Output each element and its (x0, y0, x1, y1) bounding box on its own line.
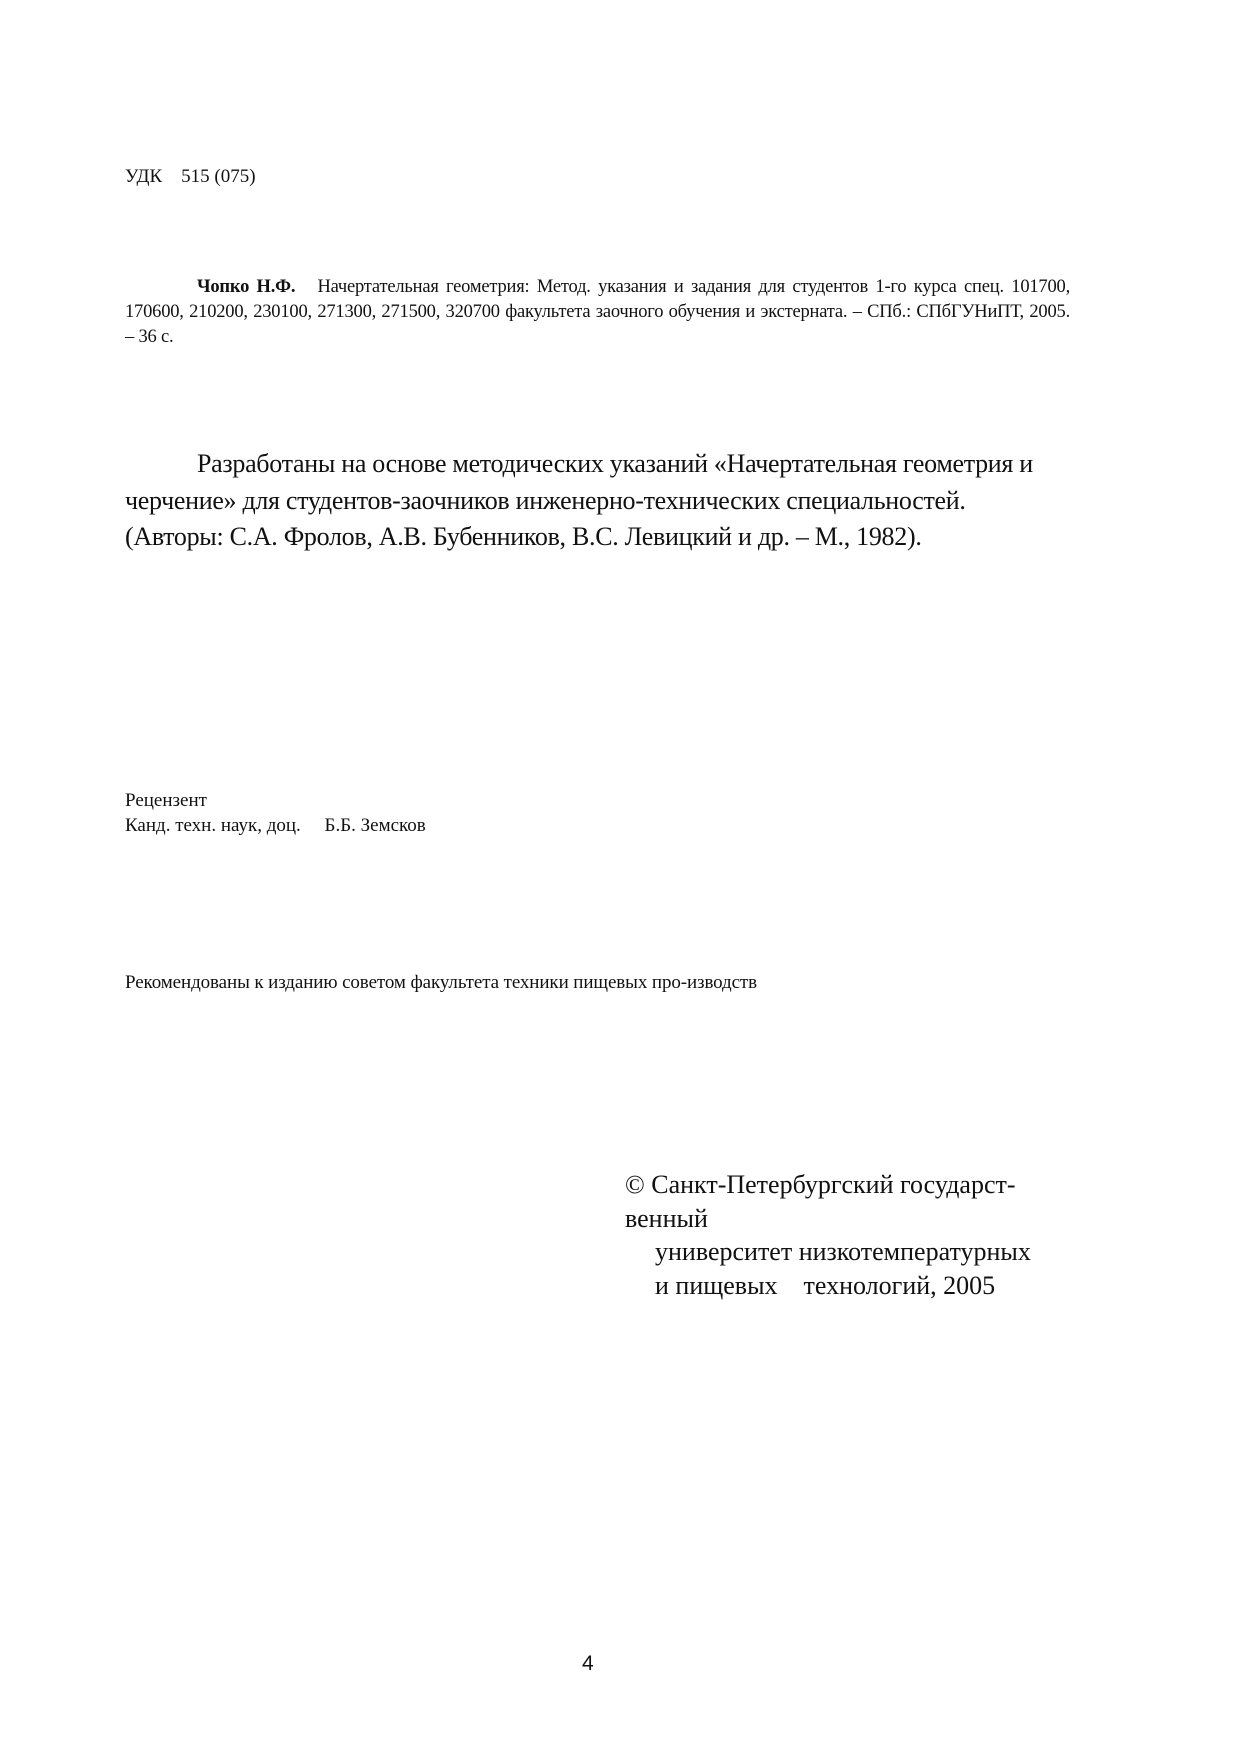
copyright-line-4: и пищевых технологий, 2005 (625, 1269, 1075, 1303)
udk-code: УДК 515 (075) (125, 166, 256, 188)
recommendation-note: Рекомендованы к изданию советом факульте… (125, 972, 757, 994)
copyright-line-2: венный (625, 1202, 1075, 1236)
reviewer-line: Канд. техн. наук, доц. Б.Б. Земсков (125, 813, 426, 838)
bibliographic-entry: Чопко Н.Ф. Начертательная геометрия: Мет… (125, 275, 1070, 350)
reviewer-label: Рецензент (125, 788, 426, 813)
reviewer-name: Б.Б. Земсков (325, 815, 426, 836)
copyright-line-1: © Санкт-Петербургский государст- (625, 1168, 1075, 1202)
developed-note: Разработаны на основе методических указа… (125, 446, 1050, 556)
reviewer-block: Рецензент Канд. техн. наук, доц. Б.Б. Зе… (125, 788, 426, 838)
author-name: Чопко Н.Ф. (197, 277, 295, 297)
copyright-line-3: университет низкотемпературных (625, 1235, 1075, 1269)
reviewer-credentials: Канд. техн. наук, доц. (125, 815, 301, 836)
page-number: 4 (582, 1652, 594, 1676)
copyright-block: © Санкт-Петербургский государст- венный … (625, 1168, 1075, 1302)
